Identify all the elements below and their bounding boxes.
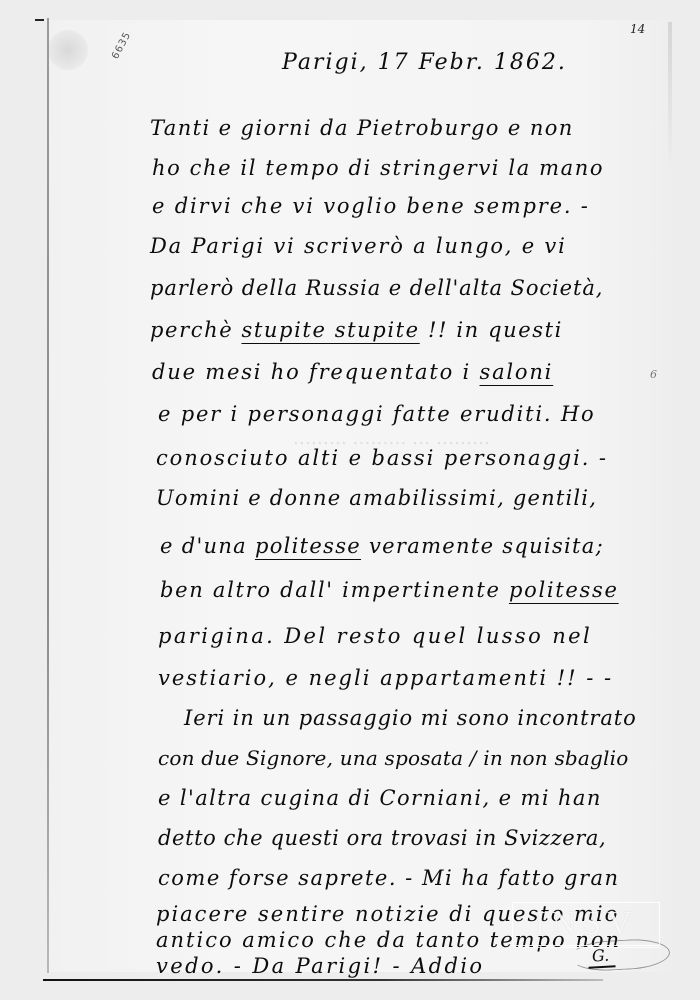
letter-line-1: Tanti e giorni da Pietroburgo e non (150, 116, 574, 140)
letter-line-13: parigina. Del resto quel lusso nel (158, 624, 592, 648)
letter-line-12: ben altro dall' impertinente politesse (160, 578, 619, 602)
line-11-text-after: veramente squisita; (361, 534, 604, 558)
folio-number: 14 (630, 22, 645, 36)
letter-line-6: perchè stupite stupite !! in questi (150, 318, 563, 342)
letter-line-17: e l'altra cugina di Corniani, e mi han (158, 786, 602, 810)
line-6-text-before: perchè (150, 318, 242, 342)
letter-line-11: e d'una politesse veramente squisita; (160, 534, 604, 558)
letter-dateline: Parigi, 17 Febr. 1862. (282, 50, 567, 75)
binding-margin-line (47, 18, 49, 973)
paper-stain (48, 30, 88, 70)
letter-line-2: ho che il tempo di stringervi la mano (152, 156, 604, 180)
page-bottom-edge (43, 979, 603, 981)
line-11-text-before: e d'una (160, 534, 255, 558)
archive-watermark: INSV (512, 902, 660, 946)
letter-line-9: conosciuto alti e bassi personaggi. - (156, 446, 608, 470)
letter-line-16: con due Signore, una sposata / in non sb… (158, 746, 628, 770)
underlined-word-stupite-2: stupite (326, 318, 419, 342)
binding-tick-mark (35, 19, 44, 21)
underlined-word-saloni: saloni (480, 360, 554, 384)
letter-line-15-paragraph-start: Ieri in un passaggio mi sono incontrato (184, 706, 637, 730)
letter-line-3: e dirvi che vi voglio bene sempre. - (152, 194, 590, 218)
scanned-manuscript-page: 6635 14 Parigi, 17 Febr. 1862. ……… … ………… (0, 0, 700, 1000)
letter-line-5: parlerò della Russia e dell'alta Società… (150, 276, 603, 300)
letter-line-7: due mesi ho frequentato i saloni (152, 360, 553, 384)
line-6-text-after: !! in questi (420, 318, 563, 342)
line-7-text-before: due mesi ho frequentato i (152, 360, 480, 384)
underlined-word-stupite: stupite (242, 318, 327, 342)
margin-mark: 6 (650, 368, 657, 381)
underlined-word-politesse: politesse (255, 534, 361, 558)
watermark-underline (514, 947, 660, 952)
letter-line-19: come forse saprete. - Mi ha fatto gran (158, 866, 620, 890)
letter-line-4: Da Parigi vi scriverò a lungo, e vi (150, 234, 567, 258)
letter-line-22: vedo. - Da Parigi! - Addio (156, 954, 484, 978)
underlined-word-politesse-2: politesse (509, 578, 619, 602)
line-12-text-before: ben altro dall' impertinente (160, 578, 509, 602)
letter-line-8: e per i personaggi fatte eruditi. Ho (158, 402, 595, 426)
letter-line-10: Uomini e donne amabilissimi, gentili, (156, 486, 597, 510)
letter-line-14: vestiario, e negli appartamenti !! - - (158, 666, 613, 690)
letter-line-18: detto che questi ora trovasi in Svizzera… (158, 826, 606, 850)
sheet-edge-shadow (668, 22, 672, 172)
